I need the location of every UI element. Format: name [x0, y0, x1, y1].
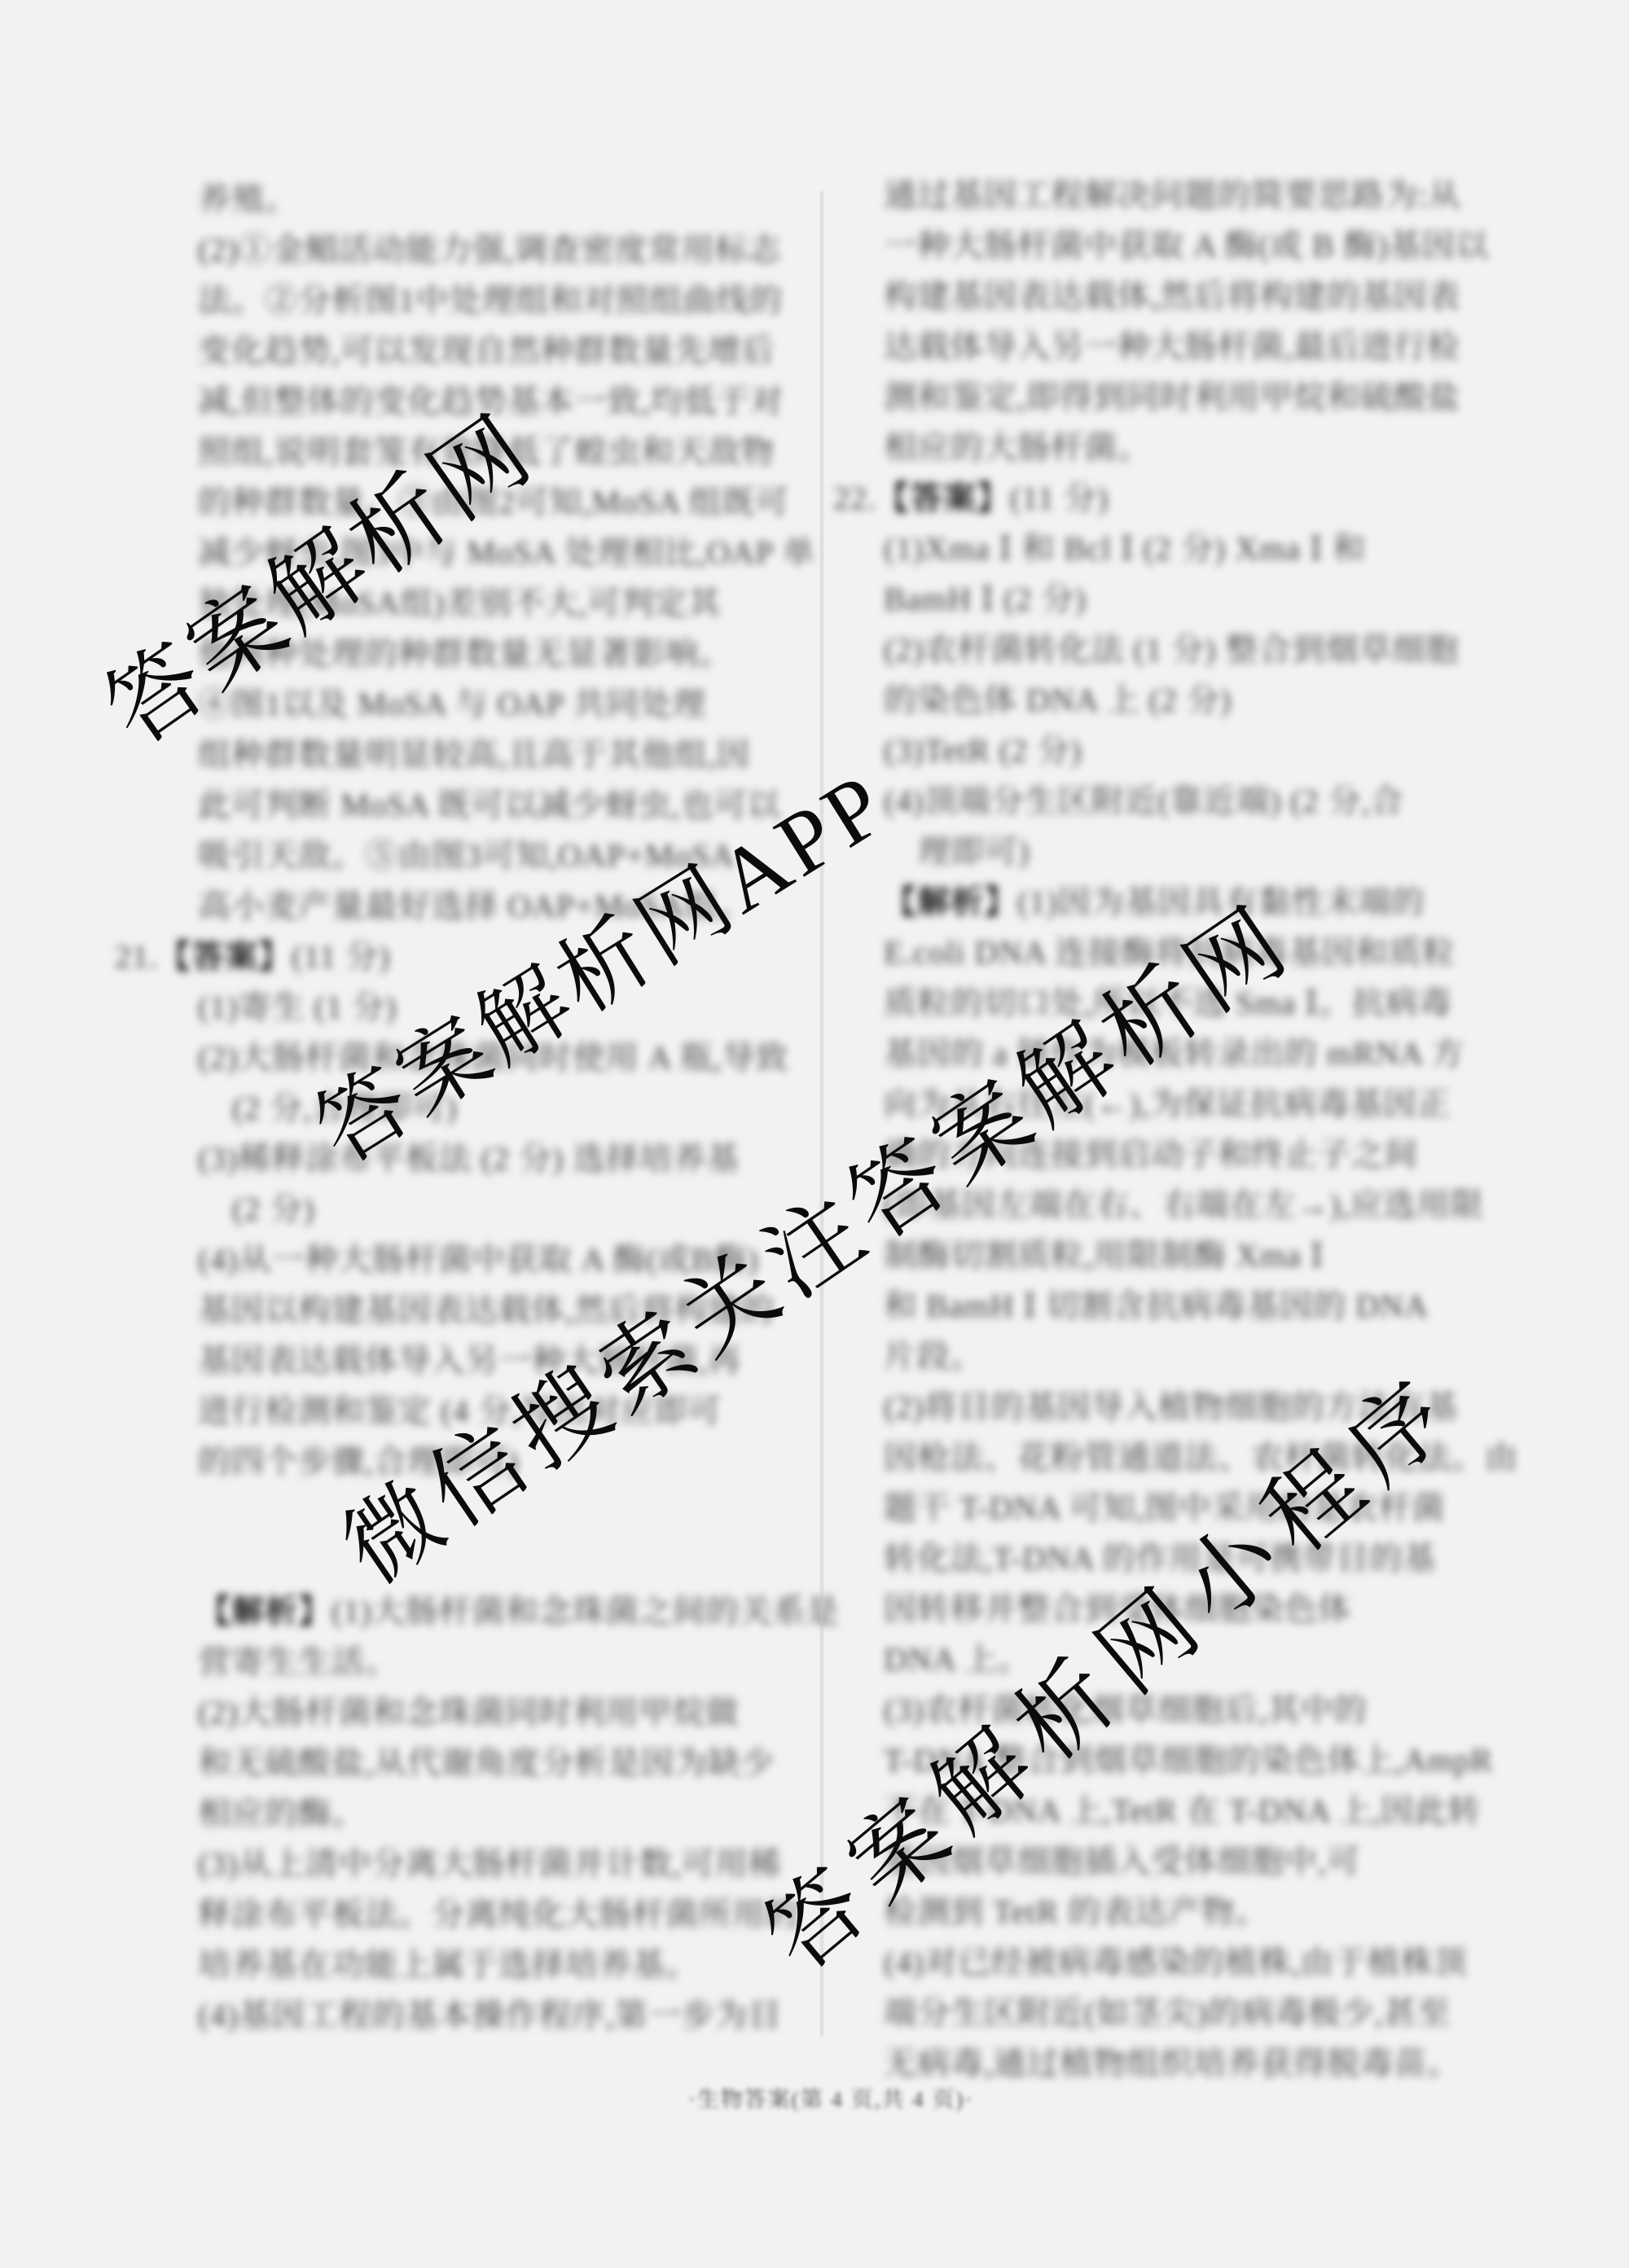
text-line: 组种群数量明显较高,且高于其他组,因 [198, 730, 829, 780]
text-line: 营寄生生活。 [198, 1637, 829, 1687]
text-line: 题干 T-DNA 可知,图中采用的是农杆菌 [884, 1483, 1503, 1533]
column-divider [821, 191, 823, 2036]
text-line: (3)从上清中分离大肠杆菌并计数,可用稀 [198, 1839, 829, 1889]
text-line: 法。②分析图1中处理组和对照组曲线的 [198, 275, 829, 326]
text-line: 变化趋势,可以发现自然种群数量先增后 [198, 326, 829, 376]
text-line: 达载体导入另一种大肠杆菌,最后进行检 [884, 322, 1503, 372]
text-line: 通过基因工程解决问题的简要思路为:从 [884, 170, 1503, 221]
text-line: 【解析】(1)因为基因具有黏性末端的 [884, 877, 1503, 928]
text-line: (3)TetR (2 分) [884, 726, 1503, 776]
text-line: 和 BamH Ⅰ 切割含抗病毒基因的 DNA [884, 1281, 1503, 1331]
text-line: (2)①金鲳活动能力强,调查密度常用标志 [198, 225, 829, 275]
text-line: 相应的大肠杆菌。 [884, 423, 1503, 473]
text-line: (2 分,合理即可) [198, 1083, 829, 1134]
text-line: (4)顶端分生区附近(靠近端) (2 分,合 [884, 776, 1503, 827]
text-line: 端分生区附近(如茎尖)的病毒极少,甚至 [884, 1988, 1503, 2038]
text-line: 和无硫酸盐,从代谢角度分析是因为缺少 [198, 1738, 829, 1788]
text-line: (2 分) [198, 1184, 829, 1235]
text-line: 一种大肠杆菌中获取 A 酶(或 B 酶)基因以 [884, 221, 1503, 271]
text-line: 培养基在功能上属于选择培养基。 [198, 1940, 829, 1990]
text-line: 相应的酶。 [198, 1788, 829, 1839]
text-line: 的染色体 DNA 上 (2 分) [884, 675, 1503, 726]
text-line: 测和鉴定,即得到同时利用甲烷和硫酸盐 [884, 372, 1503, 423]
text-line: (4)对已经被病毒感染的植株,由于植株顶 [884, 1937, 1503, 1988]
page-footer: ·生物答案(第 4 页,共 4 页)· [16, 2082, 1629, 2113]
text-line: 【解析】(1)大肠杆菌和念珠菌之间的关系是 [198, 1586, 829, 1637]
text-line: (2)大肠杆菌和念珠菌同时利用甲烷做 [198, 1687, 829, 1738]
text-line: 理即可) [884, 827, 1503, 877]
document-page: 养殖。(2)①金鲳活动能力强,调查密度常用标志法。②分析图1中处理组和对照组曲线… [0, 0, 1629, 2268]
text-line: (1)Xma Ⅰ 和 Bcl Ⅰ (2 分) Xma Ⅰ 和 [884, 524, 1503, 574]
text-line: 养殖。 [198, 174, 829, 225]
text-line: 构建基因表达载体,然后将构建的基因表 [884, 271, 1503, 322]
text-line: (4)基因工程的基本操作程序,第一步为目 [198, 1990, 829, 2041]
text-line: (2)农杆菌转化法 (1 分) 整合到烟草细胞 [884, 625, 1503, 675]
text-line: 22.【答案】(11 分) [833, 473, 1503, 524]
text-line: ④图1以及 MoSA 与 OAP 共同处理 [198, 679, 829, 730]
text-line: 制酶切割质粒,用限制酶 Xma Ⅰ [884, 1231, 1503, 1281]
text-line: 释涂布平板法。分离纯化大肠杆菌所用的 [198, 1889, 829, 1940]
text-line: 此可判断 MoSA 既可以减少蚜虫,也可以 [198, 780, 829, 831]
text-line: BamH Ⅰ (2 分) [884, 574, 1503, 625]
text-line: 检测到 TetR 的表达产物。 [884, 1887, 1503, 1937]
text-line: (3)稀释涂布平板法 (2 分) 选择培养基 [198, 1134, 829, 1184]
text-line: 减,但整体的变化趋势基本一致,均低于对 [198, 376, 829, 427]
